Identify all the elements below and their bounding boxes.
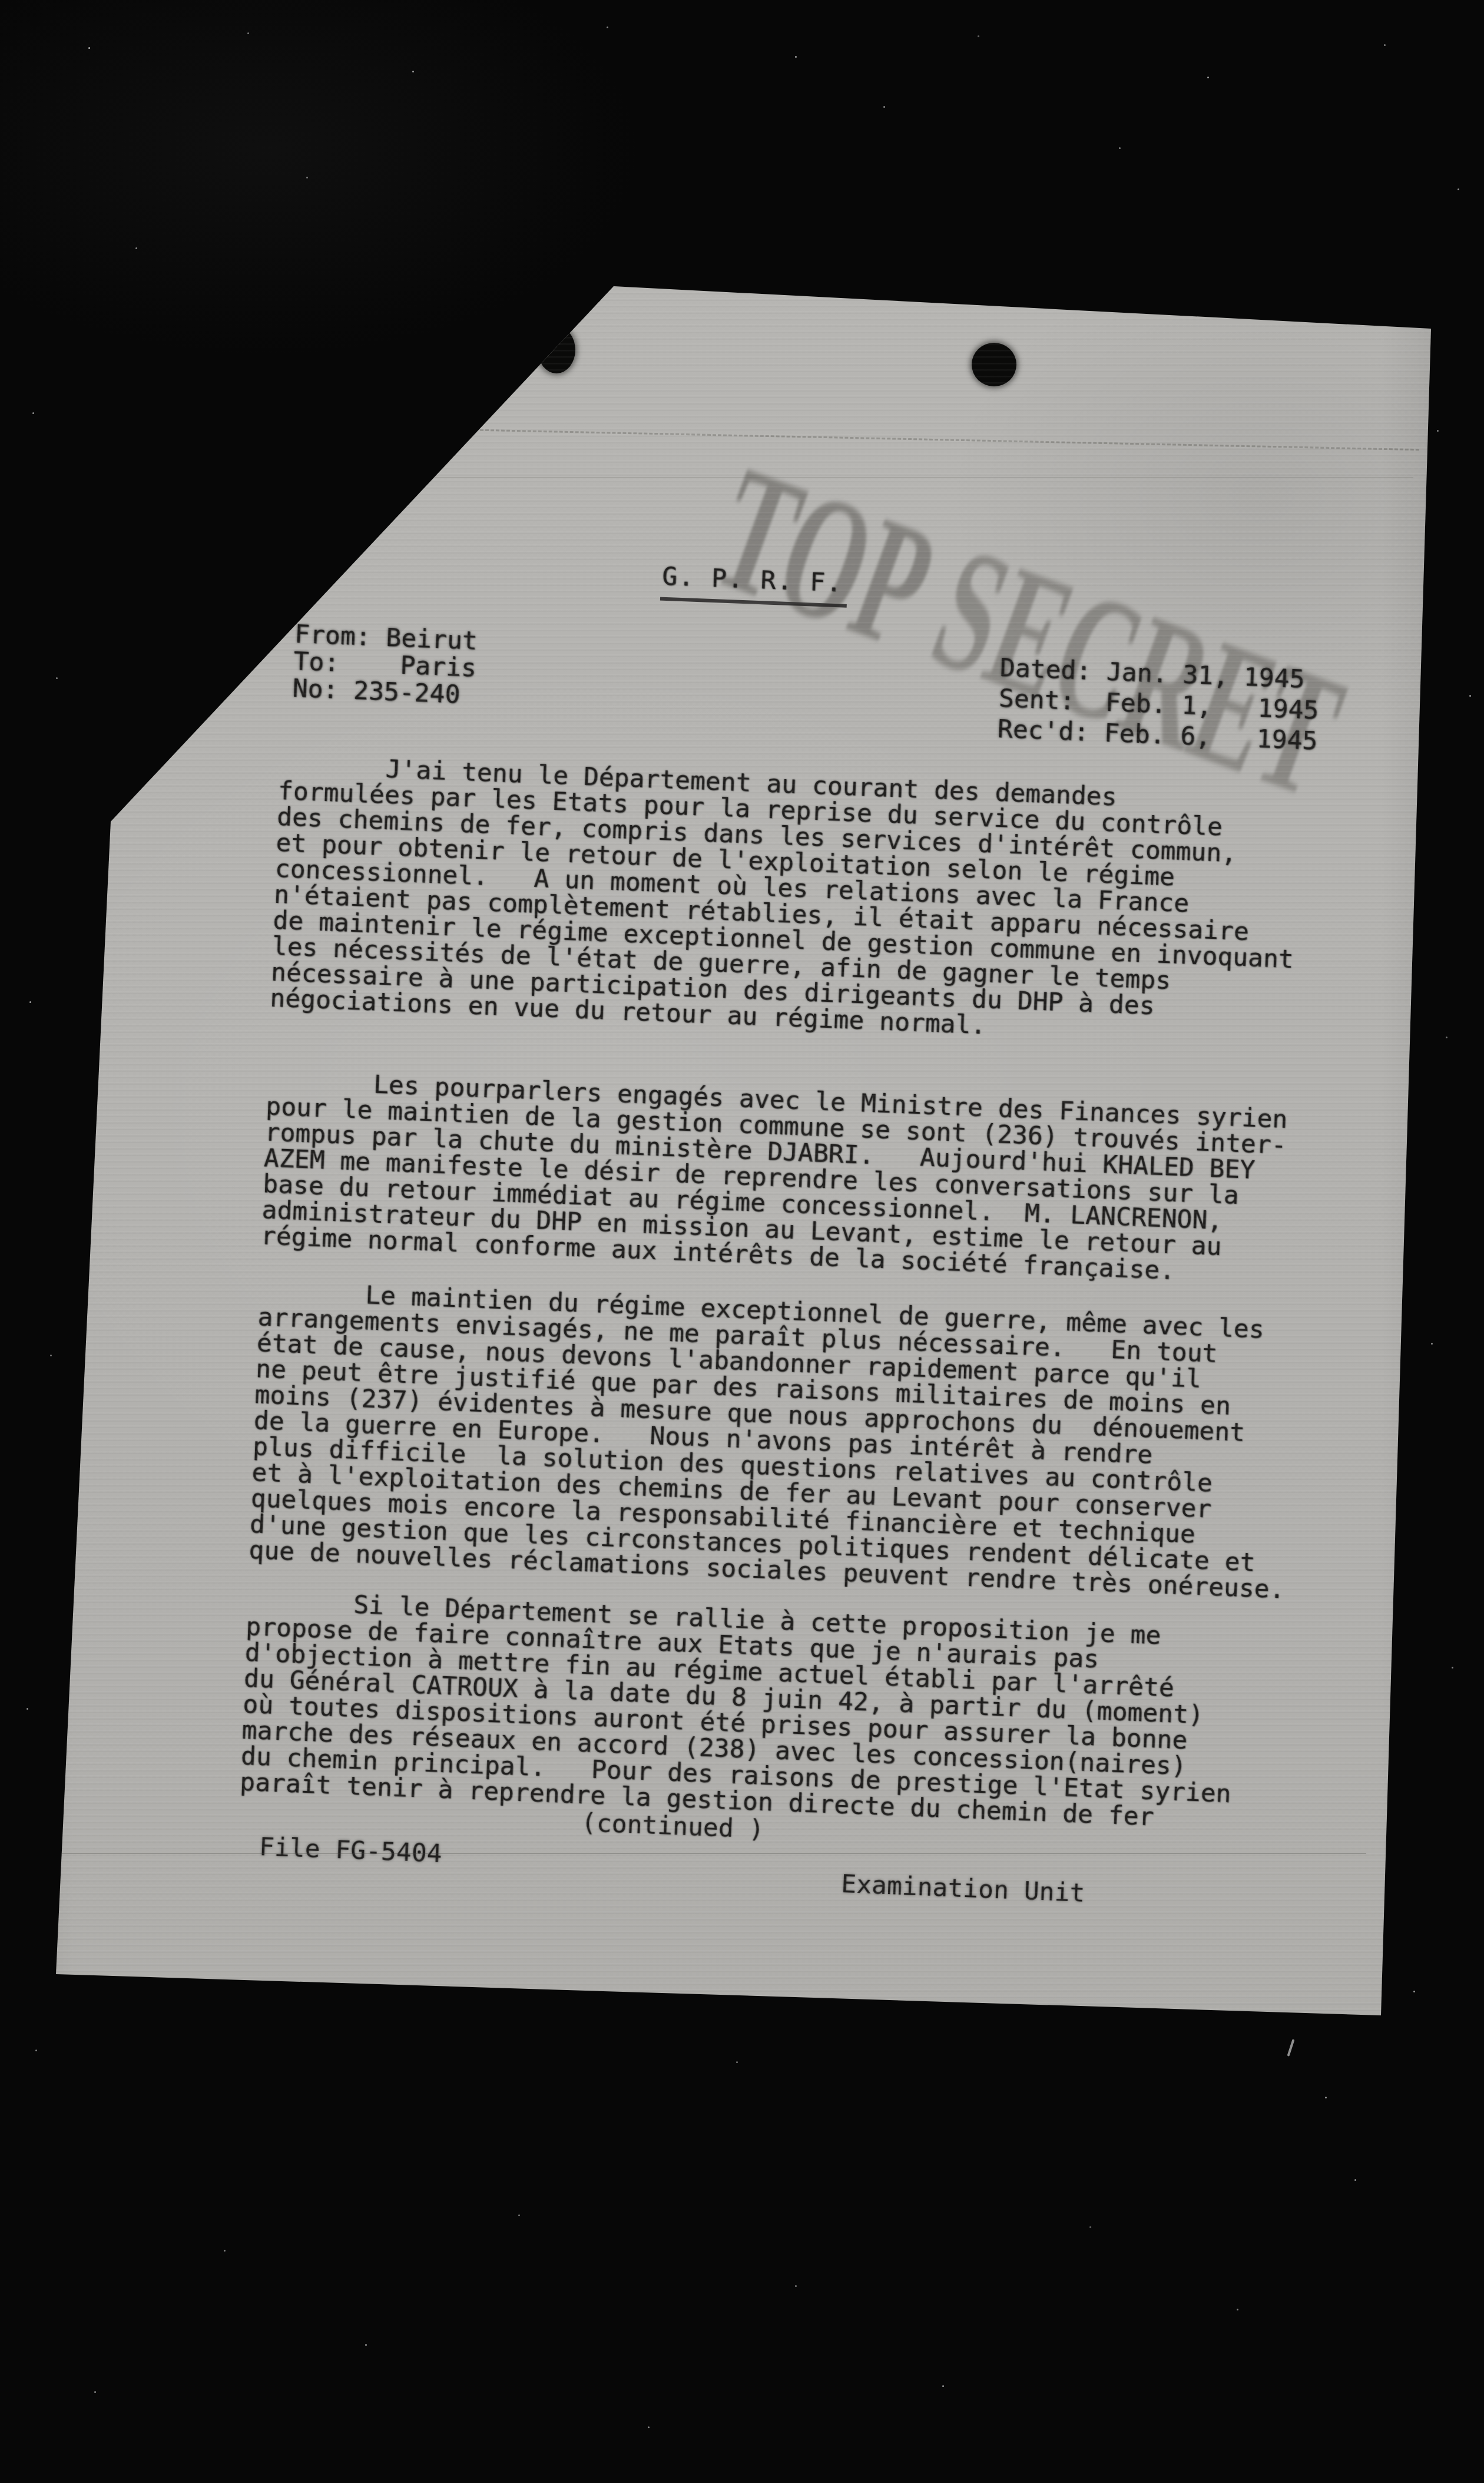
reference-heading: G. P. R. F. <box>660 562 848 608</box>
scan-canvas: TOP SECRET G. P. R. F. From: Beirut To: … <box>0 0 1484 2483</box>
continued-note: (continued ) <box>581 1808 764 1845</box>
hole-punch-right <box>972 343 1016 386</box>
scan-artifact-line-upper <box>294 477 1413 478</box>
film-speckles <box>0 0 2 2</box>
paragraph: J'ai tenu le Département au courant des … <box>270 752 1374 1053</box>
examination-unit-label: Examination Unit <box>840 1869 1085 1908</box>
date-block: Dated: Jan. 31, 1945 Sent: Feb. 1, 1945 … <box>997 653 1320 757</box>
number-line: No: 235-240 <box>292 675 476 709</box>
paragraph: Le maintien du régime exceptionnel de gu… <box>249 1278 1354 1605</box>
paragraph: Les pourparlers engagés avec le Ministre… <box>260 1068 1362 1291</box>
paragraph: Si le Département se rallie à cette prop… <box>239 1588 1341 1837</box>
routing-block: From: Beirut To: Paris No: 235-240 <box>292 621 478 709</box>
typewritten-text-layer: G. P. R. F. From: Beirut To: Paris No: 2… <box>200 545 1394 1978</box>
scan-artifact-dashed-line <box>453 429 1419 451</box>
file-number: File FG-5404 <box>259 1832 442 1869</box>
film-scratch <box>1287 2039 1294 2057</box>
message-body: J'ai tenu le Département au courant des … <box>239 752 1374 1837</box>
document-page: TOP SECRET G. P. R. F. From: Beirut To: … <box>0 0 1484 2483</box>
hole-punch-left <box>538 326 575 373</box>
